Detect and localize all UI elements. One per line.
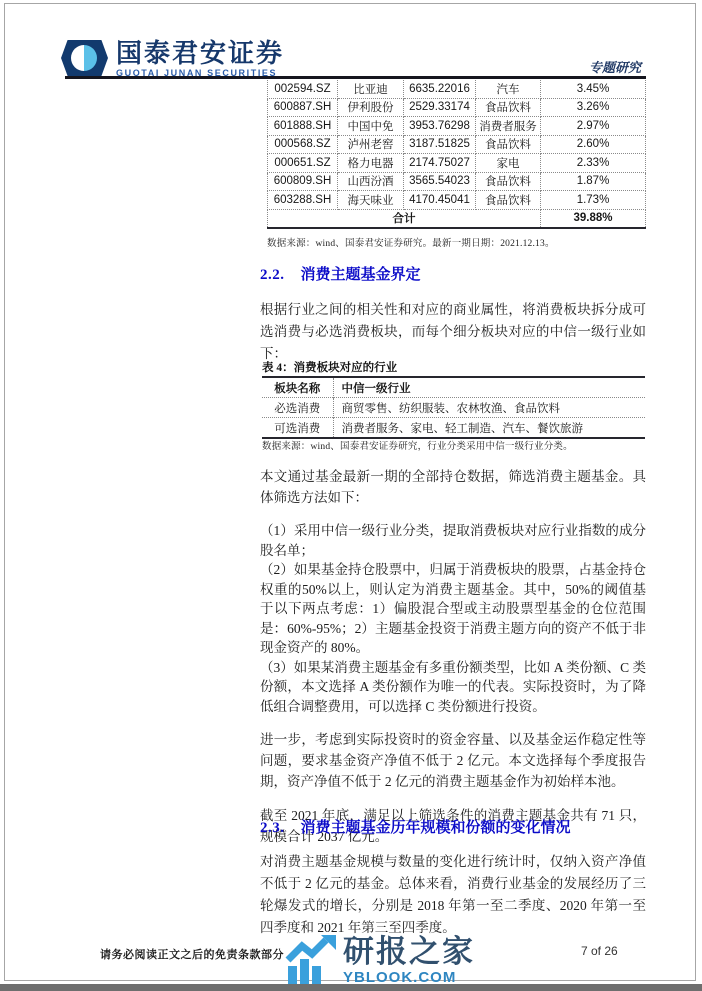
logo-name-cn: 国泰君安证券	[116, 40, 284, 68]
table-row: 000568.SZ 泸州老窖 3187.51825 食品饮料 2.60%	[268, 135, 646, 154]
section-number: 2.3.	[260, 820, 285, 836]
cell-name: 海天味业	[338, 191, 404, 210]
table-row: 603288.SH 海天味业 4170.45041 食品饮料 1.73%	[268, 191, 646, 210]
cell-value: 3565.54023	[404, 172, 476, 191]
cell-code: 600887.SH	[268, 98, 338, 117]
paragraph-capacity: 进一步，考虑到实际投资时的资金容量、以及基金运作稳定性等问题，要求基金资产净值不…	[260, 729, 646, 792]
cell-industry: 食品饮料	[476, 191, 541, 210]
cell-industry: 家电	[476, 154, 541, 173]
total-weight: 39.88%	[541, 209, 646, 228]
cell-industry: 食品饮料	[476, 172, 541, 191]
cell-value: 2529.33174	[404, 98, 476, 117]
cell-value: 4170.45041	[404, 191, 476, 210]
cell-weight: 2.33%	[541, 154, 646, 173]
section-number: 2.2.	[260, 267, 285, 283]
source-note: 数据来源：wind、国泰君安证券研究，行业分类采用中信一级行业分类。	[262, 438, 573, 452]
paragraph-criterion-3: （3）如果某消费主题基金有多重份额类型，比如 A 类份额、C 类份额，本文选择 …	[260, 658, 646, 717]
table-total-row: 合计 39.88%	[268, 209, 646, 228]
col-header-sector: 板块名称	[262, 377, 333, 398]
table-row: 可选消费 消费者服务、家电、轻工制造、汽车、餐饮旅游	[262, 418, 645, 439]
paragraph-sector-split: 根据行业之间的相关性和对应的商业属性，将消费板块拆分成可选消费与必选消费板块，而…	[260, 299, 646, 365]
table-row: 600887.SH 伊利股份 2529.33174 食品饮料 3.26%	[268, 98, 646, 117]
cell-name: 比亚迪	[338, 80, 404, 98]
paragraph-criterion-1: （1）采用中信一级行业分类，提取消费板块对应行业指数的成分股名单；	[260, 521, 646, 560]
table-row: 必选消费 商贸零售、纺织服装、农林牧渔、食品饮料	[262, 398, 645, 418]
cell-value: 3953.76298	[404, 117, 476, 136]
section-heading-2-3: 2.3.消费主题基金历年规模和份额的变化情况	[260, 816, 571, 837]
cell-name: 格力电器	[338, 154, 404, 173]
source-note: 数据来源：wind、国泰君安证券研究。最新一期日期：2021.12.13。	[267, 235, 555, 249]
table4-caption: 表 4：消费板块对应的行业	[262, 359, 397, 375]
cell-industry: 食品饮料	[476, 98, 541, 117]
cell-code: 603288.SH	[268, 191, 338, 210]
table-row: 002594.SZ 比亚迪 6635.22016 汽车 3.45%	[268, 80, 646, 98]
table-row: 601888.SH 中国中免 3953.76298 消费者服务 2.97%	[268, 117, 646, 136]
cell-code: 000651.SZ	[268, 154, 338, 173]
cell-industry: 消费者服务	[476, 117, 541, 136]
watermark: 研报之家 YBLOOK.COM	[285, 935, 475, 987]
paragraph-criterion-2: （2）如果基金持仓股票中，归属于消费板块的股票，占基金持仓权重的50%以上，则认…	[260, 560, 646, 658]
table-row: 600809.SH 山西汾酒 3565.54023 食品饮料 1.87%	[268, 172, 646, 191]
watermark-title: 研报之家	[343, 935, 475, 969]
cell-weight: 1.73%	[541, 191, 646, 210]
page-bottom-edge	[0, 984, 702, 991]
body-text-block: 本文通过基金最新一期的全部持仓数据，筛选消费主题基金。具体筛选方法如下： （1）…	[260, 466, 646, 847]
paragraph-intro: 本文通过基金最新一期的全部持仓数据，筛选消费主题基金。具体筛选方法如下：	[260, 466, 646, 508]
cell-value: 2174.75027	[404, 154, 476, 173]
section-title: 消费主题基金界定	[301, 267, 421, 283]
cell-name: 中国中免	[338, 117, 404, 136]
cell-name: 伊利股份	[338, 98, 404, 117]
footer-disclaimer: 请务必阅读正文之后的免责条款部分	[100, 946, 284, 962]
cell-weight: 3.26%	[541, 98, 646, 117]
cell-industry: 食品饮料	[476, 135, 541, 154]
paragraph-growth-waves: 对消费主题基金规模与数量的变化进行统计时，仅纳入资产净值不低于 2 亿元的基金。…	[260, 851, 646, 939]
cell-industry: 汽车	[476, 80, 541, 98]
cell-sector: 必选消费	[262, 398, 333, 418]
section-heading-2-2: 2.2.消费主题基金界定	[260, 263, 421, 284]
cell-value: 3187.51825	[404, 135, 476, 154]
cell-value: 6635.22016	[404, 80, 476, 98]
cell-weight: 2.60%	[541, 135, 646, 154]
holdings-table: 002594.SZ 比亚迪 6635.22016 汽车 3.45% 600887…	[267, 80, 646, 229]
cell-code: 601888.SH	[268, 117, 338, 136]
cell-code: 000568.SZ	[268, 135, 338, 154]
col-header-industries: 中信一级行业	[333, 377, 645, 398]
cell-weight: 1.87%	[541, 172, 646, 191]
cell-code: 600809.SH	[268, 172, 338, 191]
cell-name: 泸州老窖	[338, 135, 404, 154]
cell-sector: 可选消费	[262, 418, 333, 439]
table-header-row: 板块名称 中信一级行业	[262, 377, 645, 398]
report-page: 国泰君安证券 GUOTAI JUNAN SECURITIES 专题研究 0025…	[4, 3, 696, 981]
page-number: 7 of 26	[581, 944, 618, 958]
cell-industries: 消费者服务、家电、轻工制造、汽车、餐饮旅游	[333, 418, 645, 439]
cell-industries: 商贸零售、纺织服装、农林牧渔、食品饮料	[333, 398, 645, 418]
header-rule	[65, 76, 646, 79]
table-row: 000651.SZ 格力电器 2174.75027 家电 2.33%	[268, 154, 646, 173]
guotai-junan-logo-icon	[61, 40, 108, 76]
cell-weight: 3.45%	[541, 80, 646, 98]
industry-mapping-table: 板块名称 中信一级行业 必选消费 商贸零售、纺织服装、农林牧渔、食品饮料 可选消…	[262, 376, 645, 439]
cell-name: 山西汾酒	[338, 172, 404, 191]
chart-arrow-icon	[285, 935, 337, 987]
total-label: 合计	[268, 209, 541, 228]
company-logo: 国泰君安证券 GUOTAI JUNAN SECURITIES	[61, 40, 284, 78]
cell-weight: 2.97%	[541, 117, 646, 136]
report-type-label: 专题研究	[589, 57, 641, 76]
section-title: 消费主题基金历年规模和份额的变化情况	[301, 820, 571, 836]
cell-code: 002594.SZ	[268, 80, 338, 98]
